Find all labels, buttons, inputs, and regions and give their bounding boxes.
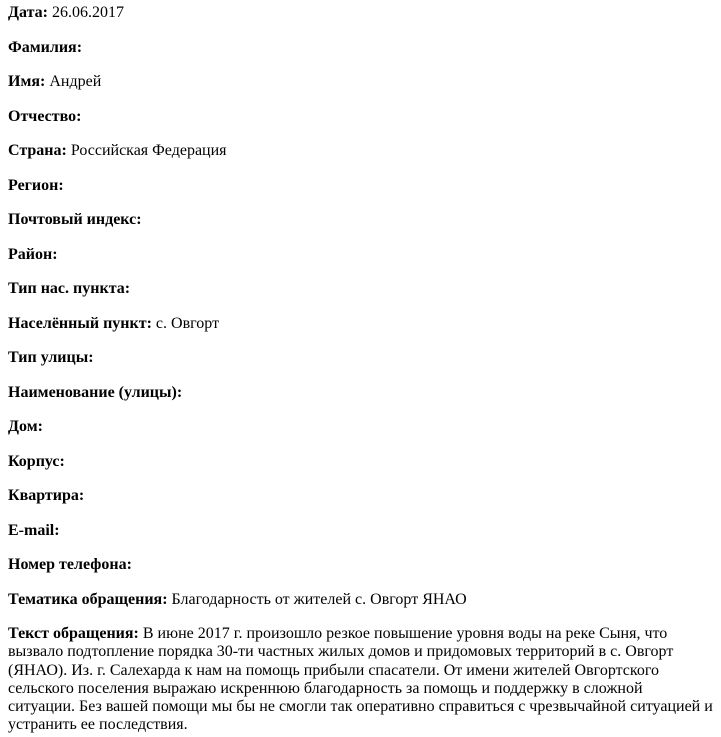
field-label: Дата: <box>8 4 48 21</box>
field-label: Тематика обращения: <box>8 591 168 608</box>
field-building: Корпус: <box>8 453 713 471</box>
field-first-name: Имя: Андрей <box>8 73 713 91</box>
field-label: Населённый пункт: <box>8 315 152 332</box>
field-value: Российская Федерация <box>71 142 227 159</box>
field-patronymic: Отчество: <box>8 108 713 126</box>
field-label: Имя: <box>8 73 45 90</box>
field-district: Район: <box>8 246 713 264</box>
field-label: Фамилия: <box>8 39 82 56</box>
field-label: Отчество: <box>8 108 81 125</box>
field-label: Корпус: <box>8 453 65 470</box>
field-country: Страна: Российская Федерация <box>8 142 713 160</box>
field-house: Дом: <box>8 418 713 436</box>
field-appeal-text: Текст обращения: В июне 2017 г. произошл… <box>8 625 713 735</box>
field-label: Дом: <box>8 418 43 435</box>
field-apartment: Квартира: <box>8 487 713 505</box>
field-label: E-mail: <box>8 522 60 539</box>
field-surname: Фамилия: <box>8 39 713 57</box>
field-label: Регион: <box>8 177 64 194</box>
appeal-document: Дата: 26.06.2017 Фамилия: Имя: Андрей От… <box>0 0 721 735</box>
field-value: Андрей <box>49 73 101 90</box>
field-value: с. Овгорт <box>156 315 219 332</box>
field-label: Район: <box>8 246 58 263</box>
field-settlement-type: Тип нас. пункта: <box>8 280 713 298</box>
field-label: Квартира: <box>8 487 84 504</box>
field-email: E-mail: <box>8 522 713 540</box>
field-value: 26.06.2017 <box>52 4 124 21</box>
field-label: Тип улицы: <box>8 349 94 366</box>
field-street-type: Тип улицы: <box>8 349 713 367</box>
field-date: Дата: 26.06.2017 <box>8 4 713 22</box>
field-label: Тип нас. пункта: <box>8 280 130 297</box>
field-label: Страна: <box>8 142 67 159</box>
field-region: Регион: <box>8 177 713 195</box>
field-label: Текст обращения: <box>8 625 139 642</box>
field-settlement: Населённый пункт: с. Овгорт <box>8 315 713 333</box>
field-postal-code: Почтовый индекс: <box>8 211 713 229</box>
field-label: Наименование (улицы): <box>8 384 182 401</box>
field-street-name: Наименование (улицы): <box>8 384 713 402</box>
field-label: Почтовый индекс: <box>8 211 142 228</box>
field-phone: Номер телефона: <box>8 556 713 574</box>
field-label: Номер телефона: <box>8 556 132 573</box>
field-value: Благодарность от жителей с. Овгорт ЯНАО <box>172 591 467 608</box>
field-topic: Тематика обращения: Благодарность от жит… <box>8 591 713 609</box>
